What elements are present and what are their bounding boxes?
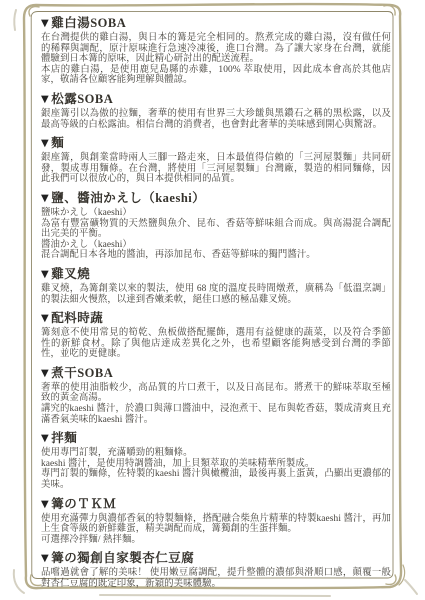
section-title-text: 拌麵: [51, 431, 77, 445]
section-title-text: 鹽、醬油かえし（kaeshi）: [51, 191, 205, 205]
section-paragraph: kaeshi 醬汁，是使用特調醬油，加上貝類萃取的美味精華所製成。: [41, 459, 391, 470]
section-paragraph: 銀座篝，與創業當時兩人三腳一路走來，日本最值得信賴的「三河屋製麵」共同研發，製成…: [41, 153, 391, 185]
section-title-text: 配料時蔬: [51, 311, 103, 325]
section-paragraph: 可選擇冷拌麵/ 熱拌麵。: [41, 535, 391, 546]
triangle-marker-icon: ▼: [41, 18, 49, 29]
menu-section: ▼配料時蔬篝刻意不使用常見的筍乾、魚板做搭配擺飾，選用有益健康的蔬菜，以及符合季…: [41, 311, 391, 360]
menu-section: ▼篝のＴＫＭ使用充滿彈力與濃郁香氣的特製麵條，搭配融合柴魚片精華的特製kaesh…: [41, 497, 391, 546]
menu-section: ▼篝の獨創自家製杏仁豆腐品嚐過就會了解的美味！ 使用嫩豆腐調配，提升整體的濃郁與…: [41, 551, 391, 589]
section-paragraph: 雞叉燒，為篝創業以來的製法，使用 68 度的溫度長時間燉煮，廣稱為「低溫烹調」的…: [41, 284, 391, 305]
triangle-marker-icon: ▼: [41, 553, 49, 564]
section-title-text: 松露SOBA: [51, 92, 113, 106]
section-title: ▼篝のＴＫＭ: [41, 497, 391, 512]
section-paragraph: 篝刻意不使用常見的筍乾、魚板做搭配擺飾，選用有益健康的蔬菜，以及符合季節性的新鮮…: [41, 328, 391, 360]
section-title-text: 雞叉燒: [51, 267, 90, 281]
menu-section: ▼雞叉燒雞叉燒，為篝創業以來的製法，使用 68 度的溫度長時間燉煮，廣稱為「低溫…: [41, 267, 391, 305]
triangle-marker-icon: ▼: [41, 368, 49, 379]
triangle-marker-icon: ▼: [41, 433, 49, 444]
section-title: ▼配料時蔬: [41, 311, 391, 326]
menu-section: ▼麵銀座篝，與創業當時兩人三腳一路走來，日本最值得信賴的「三河屋製麵」共同研發，…: [41, 136, 391, 185]
section-title: ▼篝の獨創自家製杏仁豆腐: [41, 551, 391, 566]
section-paragraph: 品嚐過就會了解的美味！ 使用嫩豆腐調配，提升整體的濃郁與滑順口感，顛覆一般對杏仁…: [41, 568, 391, 589]
section-paragraph: 奢華的使用油脂較少，高品質的片口煮干，以及日高昆布。將煮干的鮮味萃取至極致的黃金…: [41, 383, 391, 404]
section-paragraph: 醬油かえし（kaeshi）: [41, 240, 391, 251]
section-paragraph: 鹽味かえし（kaeshi）: [41, 208, 391, 219]
menu-section: ▼拌麵使用專門訂製，充滿嚼勁的粗麵條。kaeshi 醬汁，是使用特調醬油，加上貝…: [41, 431, 391, 490]
triangle-marker-icon: ▼: [41, 499, 49, 510]
section-title-text: 煮干SOBA: [51, 366, 113, 380]
section-title: ▼煮干SOBA: [41, 366, 391, 381]
triangle-marker-icon: ▼: [41, 193, 49, 204]
menu-sections: ▼雞白湯SOBA在台灣提供的雞白湯，與日本的篝是完全相同的。熬煮完成的雞白湯，沒…: [41, 16, 391, 590]
menu-section: ▼雞白湯SOBA在台灣提供的雞白湯，與日本的篝是完全相同的。熬煮完成的雞白湯，沒…: [41, 16, 391, 86]
section-paragraph: 使用專門訂製，充滿嚼勁的粗麵條。: [41, 448, 391, 459]
menu-section: ▼鹽、醬油かえし（kaeshi）鹽味かえし（kaeshi）為富有豐富礦物質的天然…: [41, 191, 391, 261]
section-paragraph: 講究的kaeshi 醬汁，於濃口與薄口醬油中，浸泡煮干、昆布與乾香菇，製成清爽且…: [41, 404, 391, 425]
menu-section: ▼松露SOBA銀座篝引以為傲的拉麵，奢華的使用有世界三大珍饈與黑鑽石之稱的黑松露…: [41, 92, 391, 130]
section-title-text: 雞白湯SOBA: [51, 16, 126, 30]
section-paragraph: 銀座篝引以為傲的拉麵，奢華的使用有世界三大珍饈與黑鑽石之稱的黑松露，以及最高等級…: [41, 109, 391, 130]
triangle-marker-icon: ▼: [41, 94, 49, 105]
section-paragraph: 混合調配日本各地的醬油，再添加昆布、香菇等鮮味的獨門醬汁。: [41, 250, 391, 261]
triangle-marker-icon: ▼: [41, 269, 49, 280]
section-title: ▼雞白湯SOBA: [41, 16, 391, 31]
section-title: ▼麵: [41, 136, 391, 151]
menu-section: ▼煮干SOBA奢華的使用油脂較少，高品質的片口煮干，以及日高昆布。將煮干的鮮味萃…: [41, 366, 391, 425]
section-title-text: 麵: [51, 136, 64, 150]
section-title-text: 篝のＴＫＭ: [51, 497, 116, 511]
triangle-marker-icon: ▼: [41, 138, 49, 149]
section-paragraph: 本店的雞白湯，是使用鹿兒島縣的赤雞，100% 萃取使用，因此成本會高於其他店家，…: [41, 65, 391, 86]
section-title: ▼雞叉燒: [41, 267, 391, 282]
section-title-text: 篝の獨創自家製杏仁豆腐: [51, 551, 194, 565]
section-paragraph: 專門訂製的麵條，佐特製的kaeshi 醬汁與橄欖油，最後再裏上蛋黃，凸顯出更濃郁…: [41, 469, 391, 490]
section-paragraph: 在台灣提供的雞白湯，與日本的篝是完全相同的。熬煮完成的雞白湯，沒有做任何的稀釋與…: [41, 33, 391, 65]
section-title: ▼鹽、醬油かえし（kaeshi）: [41, 191, 391, 206]
section-paragraph: 使用充滿彈力與濃郁香氣的特製麵條，搭配融合柴魚片精華的特製kaeshi 醬汁，再…: [41, 514, 391, 535]
triangle-marker-icon: ▼: [41, 313, 49, 324]
section-title: ▼松露SOBA: [41, 92, 391, 107]
section-paragraph: 為富有豐富礦物質的天然鹽與魚介、昆布、香菇等鮮味組合而成。與高湯混合調配出完美的…: [41, 219, 391, 240]
section-title: ▼拌麵: [41, 431, 391, 446]
